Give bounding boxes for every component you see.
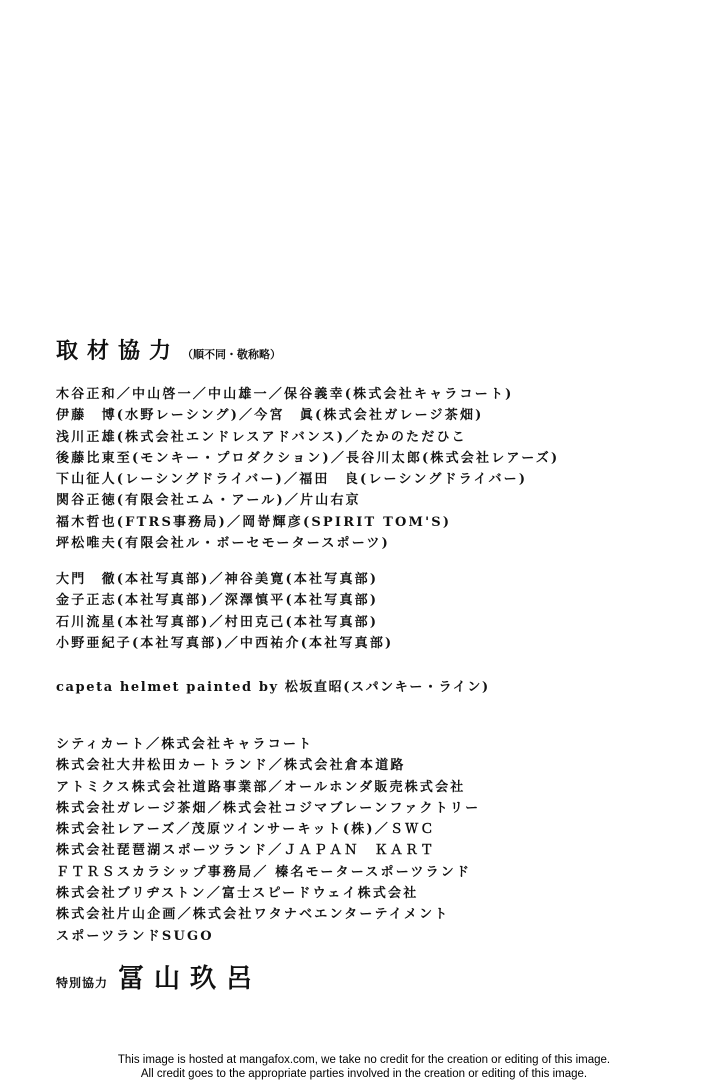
credit-line: 金子正志(本社写真部)／深澤慎平(本社写真部) bbox=[56, 590, 393, 611]
credit-line: 下山征人(レーシングドライバー)／福田 良(レーシングドライバー) bbox=[56, 469, 559, 490]
credit-line: 浅川正雄(株式会社エンドレスアドバンス)／たかのただひこ bbox=[56, 427, 559, 448]
credit-line: capeta helmet painted by 松坂直昭(スパンキー・ライン) bbox=[56, 677, 490, 698]
special-thanks-label: 特別協力 bbox=[56, 974, 108, 991]
credit-line: 株式会社片山企画／株式会社ワタナベエンターテイメント bbox=[56, 904, 480, 925]
credit-line: 福木哲也(FTRS事務局)／岡嵜輝彦(SPIRIT TOM'S) bbox=[56, 512, 559, 533]
heading-title: 取材協力 bbox=[56, 334, 180, 365]
credit-line: 石川流星(本社写真部)／村田克己(本社写真部) bbox=[56, 612, 393, 633]
special-thanks: 特別協力 冨山玖呂 bbox=[56, 958, 262, 995]
disclaimer-line-1: This image is hosted at mangafox.com, we… bbox=[0, 1053, 728, 1067]
credit-line: 大門 徹(本社写真部)／神谷美寛(本社写真部) bbox=[56, 569, 393, 590]
credits-group-individuals: 木谷正和／中山啓一／中山雄一／保谷義幸(株式会社キャラコート) 伊藤 博(水野レ… bbox=[56, 384, 559, 554]
credit-line: シティカート／株式会社キャラコート bbox=[56, 734, 480, 755]
credit-line: 株式会社琵琶湖スポーツランド／ＪＡＰＡＮ ＫＡＲＴ bbox=[56, 840, 480, 861]
credits-group-helmet: capeta helmet painted by 松坂直昭(スパンキー・ライン) bbox=[56, 677, 490, 698]
credit-line: アトミクス株式会社道路事業部／オールホンダ販売株式会社 bbox=[56, 777, 480, 798]
credit-line: 坪松唯夫(有限会社ル・ボーセモータースポーツ) bbox=[56, 533, 559, 554]
credit-line: 株式会社ブリヂストン／富士スピードウェイ株式会社 bbox=[56, 883, 480, 904]
credit-line: 小野亜紀子(本社写真部)／中西祐介(本社写真部) bbox=[56, 633, 393, 654]
credit-line: 株式会社大井松田カートランド／株式会社倉本道路 bbox=[56, 755, 480, 776]
heading-subtitle: （順不同・敬称略） bbox=[182, 346, 281, 362]
special-thanks-name: 冨山玖呂 bbox=[118, 958, 262, 995]
credits-group-companies: シティカート／株式会社キャラコート 株式会社大井松田カートランド／株式会社倉本道… bbox=[56, 734, 480, 947]
credit-line: 株式会社ガレージ茶畑／株式会社コジマブレーンファクトリー bbox=[56, 798, 480, 819]
credit-line: 後藤比東至(モンキー・プロダクション)／長谷川太郎(株式会社レアーズ) bbox=[56, 448, 559, 469]
credits-heading: 取材協力 （順不同・敬称略） bbox=[56, 334, 281, 365]
credit-line: 関谷正徳(有限会社エム・アール)／片山右京 bbox=[56, 490, 559, 511]
credits-group-photography: 大門 徹(本社写真部)／神谷美寛(本社写真部) 金子正志(本社写真部)／深澤慎平… bbox=[56, 569, 393, 654]
hosting-disclaimer: This image is hosted at mangafox.com, we… bbox=[0, 1053, 728, 1081]
credit-line: ＦＴＲＳスカラシップ事務局／ 榛名モータースポーツランド bbox=[56, 862, 480, 883]
disclaimer-line-2: All credit goes to the appropriate parti… bbox=[0, 1067, 728, 1081]
credit-line: 株式会社レアーズ／茂原ツインサーキット(株)／ＳＷＣ bbox=[56, 819, 480, 840]
credit-line: 木谷正和／中山啓一／中山雄一／保谷義幸(株式会社キャラコート) bbox=[56, 384, 559, 405]
credit-line: スポーツランドSUGO bbox=[56, 926, 480, 947]
credit-line: 伊藤 博(水野レーシング)／今宮 眞(株式会社ガレージ茶畑) bbox=[56, 405, 559, 426]
